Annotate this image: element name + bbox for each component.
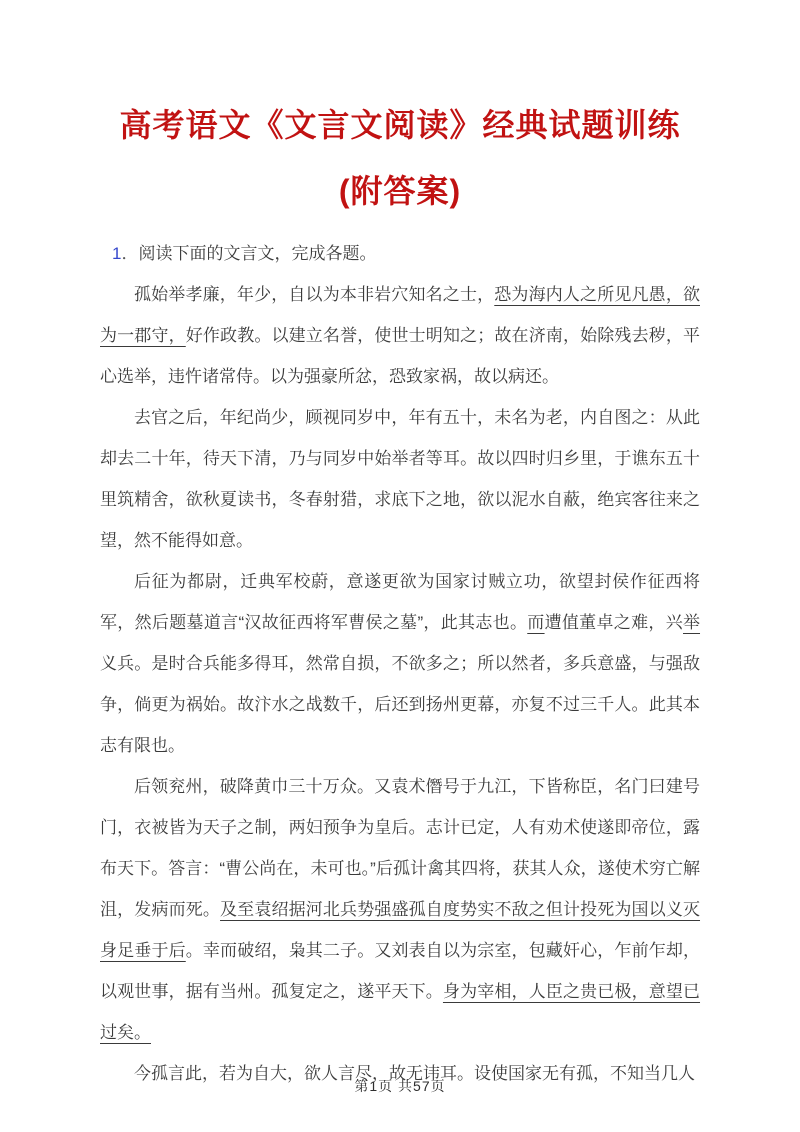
text-run: 遭值董卓之难，兴 xyxy=(545,613,683,632)
paragraph: 孤始举孝廉，年少，自以为本非岩穴知名之士，恐为海内人之所见凡愚，欲为一郡守，好作… xyxy=(100,274,700,397)
underlined-text: 而 xyxy=(527,613,544,632)
text-run: 孤始举孝廉，年少，自以为本非岩穴知名之士， xyxy=(134,285,494,304)
document-title: 高考语文《文言文阅读》经典试题训练 (附答案) xyxy=(0,92,800,224)
document-body: 1．阅读下面的文言文，完成各题。 孤始举孝廉，年少，自以为本非岩穴知名之士，恐为… xyxy=(100,233,700,1094)
question-heading: 1．阅读下面的文言文，完成各题。 xyxy=(100,233,700,274)
paragraph: 后征为都尉，迁典军校蔚，意遂更欲为国家讨贼立功，欲望封侯作征西将军，然后题墓道言… xyxy=(100,561,700,766)
document-page: 高考语文《文言文阅读》经典试题训练 (附答案) 1．阅读下面的文言文，完成各题。… xyxy=(0,0,800,1132)
paragraph: 后领兖州，破降黄巾三十万众。又袁术僭号于九江，下皆称臣，名门曰建号门，衣被皆为天… xyxy=(100,766,700,1053)
page-footer: 第1页 共57页 xyxy=(0,1076,800,1096)
paragraphs: 孤始举孝廉，年少，自以为本非岩穴知名之士，恐为海内人之所见凡愚，欲为一郡守，好作… xyxy=(100,274,700,1094)
title-line-2: (附答案) xyxy=(0,158,800,224)
page-number-text: 第1页 共57页 xyxy=(354,1078,445,1094)
paragraph: 去官之后，年纪尚少，顾视同岁中，年有五十，未名为老，内自图之：从此却去二十年，待… xyxy=(100,397,700,561)
text-run: 去官之后，年纪尚少，顾视同岁中，年有五十，未名为老，内自图之：从此却去二十年，待… xyxy=(100,408,700,550)
underlined-text: 举 xyxy=(683,613,700,632)
text-run: 好作政教。以建立名誉，使世士明知之；故在济南，始除残去秽，平心选举，违忤诸常侍。… xyxy=(100,326,700,386)
title-line-1: 高考语文《文言文阅读》经典试题训练 xyxy=(0,92,800,158)
question-prompt: 阅读下面的文言文，完成各题。 xyxy=(138,244,376,263)
text-run: 后领兖州，破降黄巾三十万众。又袁术僭号于九江，下皆称臣，名门曰建号门，衣被皆为天… xyxy=(100,777,700,919)
question-separator: ． xyxy=(121,244,138,263)
text-run: 义兵。是时合兵能多得耳，然常自损，不欲多之；所以然者，多兵意盛，与强敌争，倘更为… xyxy=(100,654,700,755)
